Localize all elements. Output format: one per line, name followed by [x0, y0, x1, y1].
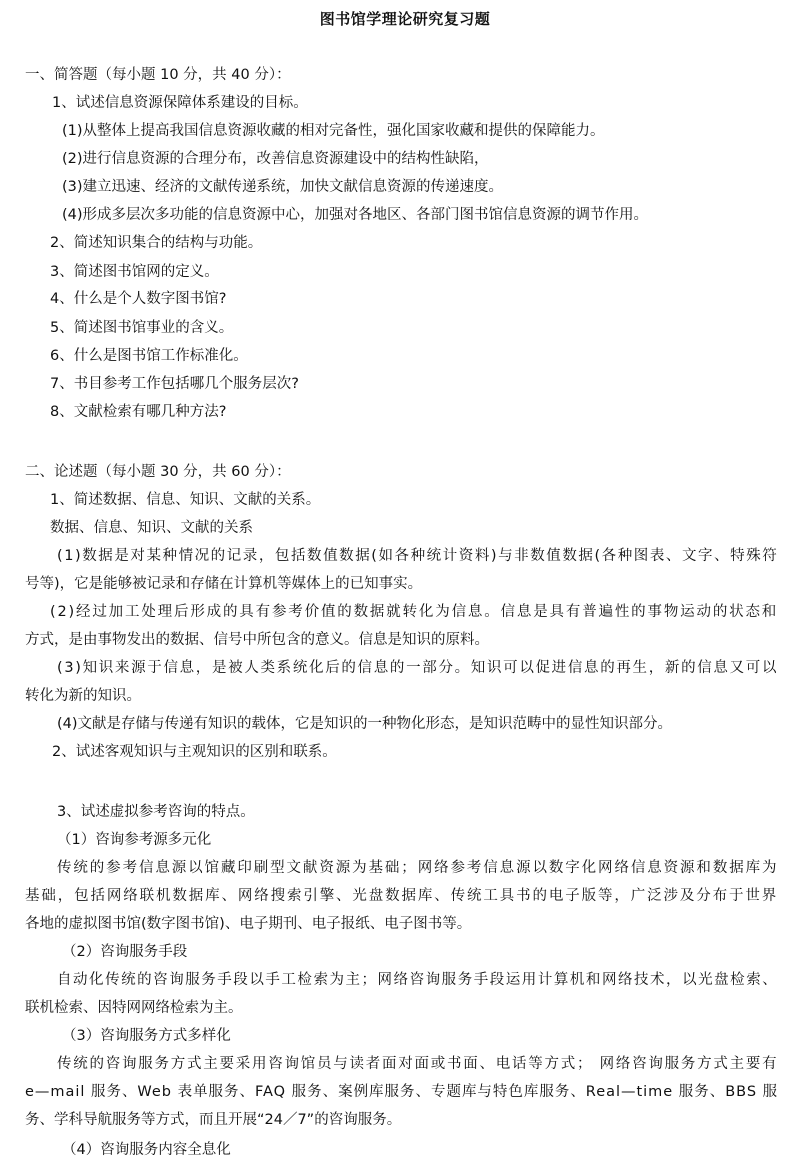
text-line: (3)知识来源于信息，是被人类系统化后的信息的一部分。知识可以促进信息的再生，新… — [57, 658, 778, 678]
document-page: 图书馆学理论研究复习题 一、简答题（每小题 10 分，共 40 分）：1、试述信… — [0, 0, 810, 1168]
text-line: 6、什么是图书馆工作标准化。 — [50, 346, 248, 366]
text-line: (2)进行信息资源的合理分布，改善信息资源建设中的结构性缺陷， — [62, 149, 489, 169]
text-line: （4）咨询服务内容全息化 — [62, 1140, 231, 1160]
text-line: （3）咨询服务方式多样化 — [62, 1026, 231, 1046]
text-line: 基础，包括网络联机数据库、网络搜索引擎、光盘数据库、传统工具书的电子版等，广泛涉… — [25, 886, 778, 906]
text-line: 务、学科导航服务等方式，而且开展“24／7”的咨询服务。 — [25, 1110, 401, 1130]
text-line: 转化为新的知识。 — [25, 686, 141, 706]
text-line: 2、简述知识集合的结构与功能。 — [50, 233, 262, 253]
text-line: (4)形成多层次多功能的信息资源中心，加强对各地区、各部门图书馆信息资源的调节作… — [62, 205, 648, 225]
text-line: 3、简述图书馆网的定义。 — [50, 262, 219, 282]
text-line: 方式，是由事物发出的数据、信号中所包含的意义。信息是知识的原料。 — [25, 630, 489, 650]
text-line: 数据、信息、知识、文献的关系 — [50, 518, 253, 538]
text-line: (2)经过加工处理后形成的具有参考价值的数据就转化为信息。信息是具有普遍性的事物… — [50, 602, 778, 622]
document-title: 图书馆学理论研究复习题 — [0, 8, 810, 29]
text-line: 1、试述信息资源保障体系建设的目标。 — [52, 93, 308, 113]
text-line: 5、简述图书馆事业的含义。 — [50, 318, 233, 338]
text-line: 各地的虚拟图书馆(数字图书馆)、电子期刊、电子报纸、电子图书等。 — [25, 914, 471, 934]
text-line: 一、简答题（每小题 10 分，共 40 分）： — [25, 65, 291, 85]
text-line: 联机检索、因特网网络检索为主。 — [25, 998, 243, 1018]
text-line: （2）咨询服务手段 — [62, 942, 187, 962]
text-line: (4)文献是存储与传递有知识的载体，它是知识的一种物化形态，是知识范畴中的显性知… — [57, 714, 672, 734]
text-line: e—mail 服务、Web 表单服务、FAQ 服务、案例库服务、专题库与特色库服… — [25, 1082, 778, 1102]
text-line: 8、文献检索有哪几种方法? — [50, 402, 226, 422]
text-line: 号等)，它是能够被记录和存储在计算机等媒体上的已知事实。 — [25, 574, 422, 594]
text-line: 3、试述虚拟参考咨询的特点。 — [57, 802, 255, 822]
text-line: 7、书目参考工作包括哪几个服务层次? — [50, 374, 299, 394]
text-line: 自动化传统的咨询服务手段以手工检索为主；网络咨询服务手段运用计算机和网络技术，以… — [57, 970, 778, 990]
text-line: 传统的咨询服务方式主要采用咨询馆员与读者面对面或书面、电话等方式； 网络咨询服务… — [57, 1054, 778, 1074]
text-line: (1)从整体上提高我国信息资源收藏的相对完备性，强化国家收藏和提供的保障能力。 — [62, 121, 605, 141]
text-line: 二、论述题（每小题 30 分，共 60 分）： — [25, 462, 291, 482]
text-line: 传统的参考信息源以馆藏印刷型文献资源为基础；网络参考信息源以数字化网络信息资源和… — [57, 858, 778, 878]
text-line: 4、什么是个人数字图书馆? — [50, 289, 226, 309]
text-line: 1、简述数据、信息、知识、文献的关系。 — [50, 490, 320, 510]
text-line: （1）咨询参考源多元化 — [57, 830, 211, 850]
text-line: (3)建立迅速、经济的文献传递系统，加快文献信息资源的传递速度。 — [62, 177, 503, 197]
text-line: (1)数据是对某种情况的记录，包括数值数据(如各种统计资料)与非数值数据(各种图… — [57, 546, 778, 566]
text-line: 2、试述客观知识与主观知识的区别和联系。 — [52, 742, 337, 762]
